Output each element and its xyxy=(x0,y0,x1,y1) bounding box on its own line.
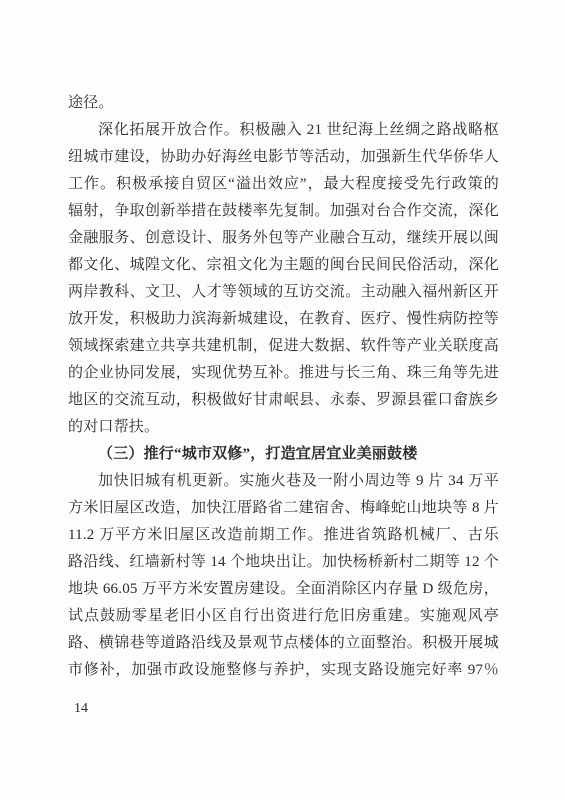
body-text-block: 途径。深化拓展开放合作。积极融入 21 世纪海上丝绸之路战略枢纽城市建设，协助办… xyxy=(68,90,499,684)
text-line: 试点鼓励零星老旧小区自行出资进行危旧房重建。实施观风亭 xyxy=(68,603,499,630)
text-line: 领域探索建立共享共建机制，促进大数据、软件等产业关联度高 xyxy=(68,333,499,360)
text-line: 途径。 xyxy=(68,90,499,117)
text-line: 工作。积极承接自贸区“溢出效应”，最大程度接受先行政策的 xyxy=(68,171,499,198)
text-line: 地块 66.05 万平方米安置房建设。全面消除区内存量 D 级危房， xyxy=(68,576,499,603)
text-line: 纽城市建设，协助办好海丝电影节等活动，加强新生代华侨华人 xyxy=(68,144,499,171)
text-line: 加快旧城有机更新。实施火巷及一附小周边等 9 片 34 万平 xyxy=(68,468,499,495)
text-line: 路沿线、红墙新村等 14 个地块出让。加快杨桥新村二期等 12 个 xyxy=(68,549,499,576)
text-line: 市修补，加强市政设施整修与养护，实现支路设施完好率 97％ xyxy=(68,657,499,684)
section-heading: （三）推行“城市双修”，打造宜居宜业美丽鼓楼 xyxy=(68,441,499,468)
document-page: 途径。深化拓展开放合作。积极融入 21 世纪海上丝绸之路战略枢纽城市建设，协助办… xyxy=(0,0,565,800)
text-line: 路、横锦巷等道路沿线及景观节点楼体的立面整治。积极开展城 xyxy=(68,630,499,657)
text-line: 都文化、城隍文化、宗祖文化为主题的闽台民间民俗活动，深化 xyxy=(68,252,499,279)
text-line: 11.2 万平方米旧屋区改造前期工作。推进省筑路机械厂、古乐 xyxy=(68,522,499,549)
text-line: 两岸教科、文卫、人才等领域的互访交流。主动融入福州新区开 xyxy=(68,279,499,306)
text-line: 辐射，争取创新举措在鼓楼率先复制。加强对台合作交流，深化 xyxy=(68,198,499,225)
text-line: 放开发，积极助力滨海新城建设，在教育、医疗、慢性病防控等 xyxy=(68,306,499,333)
text-line: 的企业协同发展，实现优势互补。推进与长三角、珠三角等先进 xyxy=(68,360,499,387)
text-line: 的对口帮扶。 xyxy=(68,414,499,441)
text-line: 金融服务、创意设计、服务外包等产业融合互动，继续开展以闽 xyxy=(68,225,499,252)
text-line: 地区的交流互动，积极做好甘肃岷县、永泰、罗源县霍口畲族乡 xyxy=(68,387,499,414)
text-line: 深化拓展开放合作。积极融入 21 世纪海上丝绸之路战略枢 xyxy=(68,117,499,144)
page-number: 14 xyxy=(74,700,88,718)
text-line: 方米旧屋区改造，加快江厝路省二建宿舍、梅峰蛇山地块等 8 片 xyxy=(68,495,499,522)
